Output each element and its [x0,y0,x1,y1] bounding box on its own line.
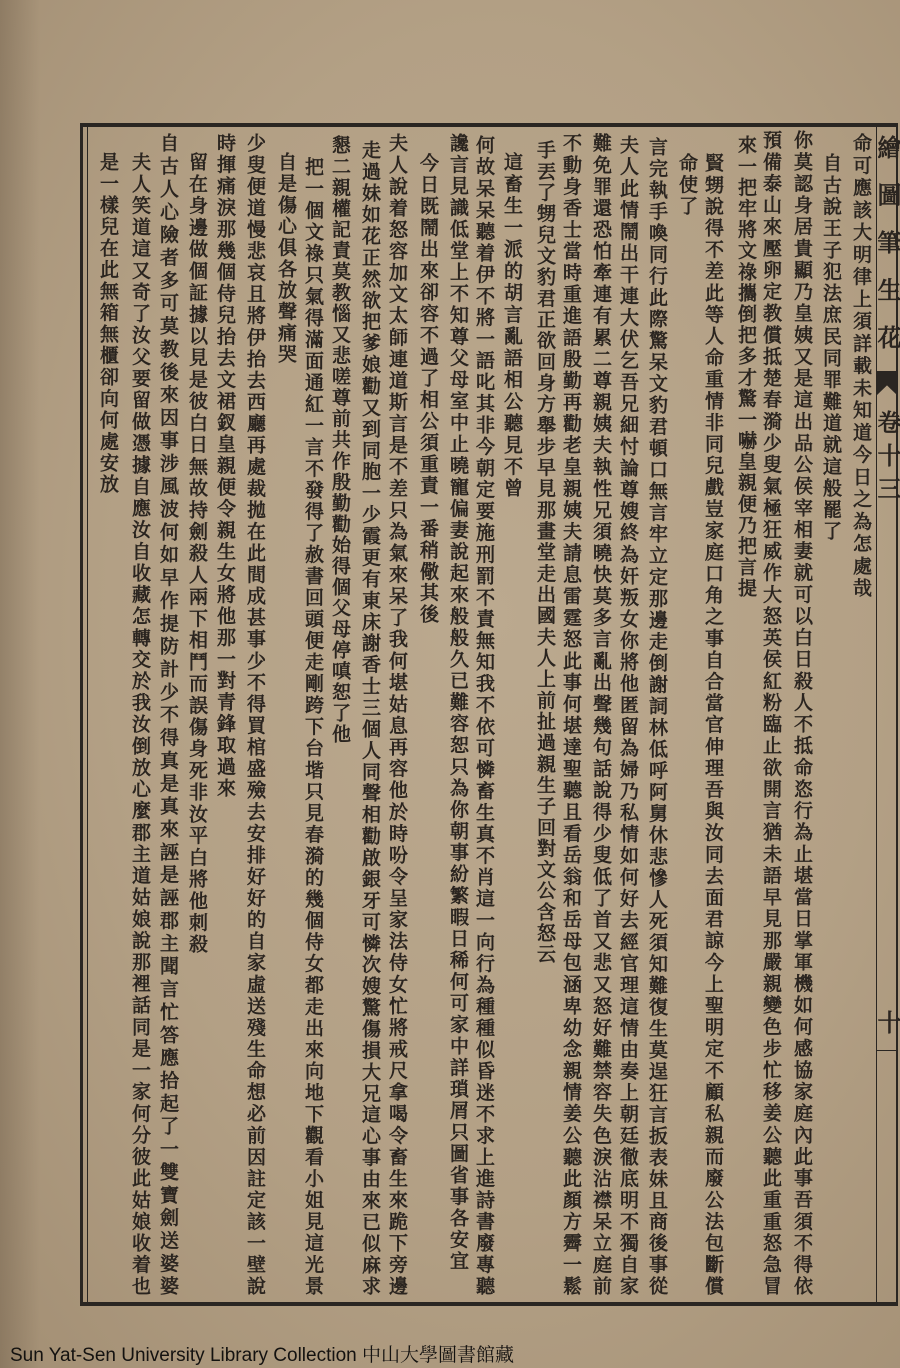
book-page: 繪圖筆生花 卷十三 十 命可應該大明律上須詳載未知道今日之為怎處哉 自古說王子犯… [0,0,900,1368]
running-title: 繪圖筆生花 [876,135,898,349]
text-column: 手丟了甥兒文豹君正欲回身方舉步早見那畫堂走出國夫人上前扯過親生子回對文公含怒云 [534,140,556,963]
collection-credit: Sun Yat-Sen University Library Collectio… [10,1340,514,1367]
text-column: 難免罪還恐怕牽連有累二尊親姨夫執性兄須曉快莫多言亂出聲幾句話說得少叟低了首又悲又… [590,133,612,1295]
text-column: 言完執手喚同行此際驚呆文豹君頓口無言牢立定那邊走倒謝詞林低呼阿舅休悲慘人死須知難… [646,137,668,1295]
text-column: 夫人此情鬧出干連大伏乞吾兄細忖論尊嫂終為奸叛女你將他匿留為婦乃私情如何好去經官理… [617,135,639,1295]
text-column: 時揮痛淚那幾個侍兒抬去文裙釵皇親便令親生女將他那一對青鋒取過來 [214,133,236,797]
text-column: 預備泰山來壓卵定教償抵楚春漪少叟氣極狂威作大怒英侯紅粉臨止欲開言猶未語早見那嚴親… [760,130,782,1295]
text-column: 夫人說着怒容加文太師連道斯言是不差只為氣來呆了我何堪姑息再容他於時吩令呈家法侍女… [386,133,408,1295]
text-column: 何故呆呆聽着伊不將一語叱其非今朝定要施刑罰不責無知我不依可憐畜生真不肖這一向行為… [473,135,495,1295]
text-column: 懇二親權記責莫教惱又悲嗟尊前共作殷勤勸始得個父母停嗔恕了他 [329,135,351,743]
header-page-rule [877,1050,897,1051]
border-top [80,123,898,127]
text-column: 讒言見識低堂上不知尊父母室中止曉寵偏妻說起來般般久已難容恕只為你朝事紛繁暇日稀何… [447,133,469,1270]
text-column: 你莫認身居貴顯乃皇姨又是這出品公侯宰相妻就可以白日殺人不抵命恣行為止堪當日掌軍機… [791,130,813,1295]
fishtail-mark [877,371,897,395]
border-left-outer [80,123,83,1306]
border-bottom [80,1302,898,1306]
text-column: 賢甥說得不差此等人命重情非同兒戲豈家庭口角之事自合當官伸理吾與汝同去面君諒今上聖… [702,153,724,1295]
text-column: 自古說王子犯法庶民同罪難道就這般罷了 [820,153,842,540]
text-column: 自是傷心俱各放聲痛哭 [275,152,297,363]
text-column: 把一個文祿只氣得滿面通紅一言不發得了赦書回頭便走剛跨下台堦只見春漪的幾個侍女都走… [302,157,324,1295]
text-column: 走過妹如花正然欲把爹娘勸又到同胞一少霞更有東床謝香士三個人同聲相勸啟銀牙可憐次嫂… [359,140,381,1295]
text-column: 命可應該大明律上須詳載未知道今日之為怎處哉 [850,133,872,597]
text-column: 留在身邊做個証據以見是彼白日無故持劍殺人兩下相鬥而誤傷身死非汝平白將他刺殺 [186,152,208,953]
page-number: 十 [876,1010,898,1036]
text-column: 今日既鬧出來卻容不過了相公須重責一番稍儆其後 [417,153,439,623]
text-column: 來一把牢將文祿攜倒把多才驚一嚇皇親便乃把言提 [735,135,757,597]
text-column: 命使了 [676,153,698,215]
text-column: 是一樣兒在此無箱無櫃卻向何處安放 [97,152,119,493]
page-edge-shadow [0,0,40,1368]
text-column: 這畜生一派的胡言亂語相公聽見不曾 [501,152,523,497]
text-column: 自古人心險者多可莫教後來因事涉風波何如早作提防計少不得真是真來誣是誣郡主聞言忙答… [157,133,179,1295]
text-column: 不動身香士當時重進語殷勤再勸老皇親姨夫請息雷霆怒此事何堪達聖聽且看岳翁和岳母包涵… [560,133,582,1295]
text-column: 少叟便道慢悲哀且將伊抬去西廳再處裁拋在此間成甚事少不得買棺盛殮去安排好好的自家虛… [244,133,266,1295]
text-column: 夫人笑道這又奇了汝父要留做憑據自應汝自收藏怎轉交於我汝倒放心麼郡主道姑娘說那裡話… [129,152,151,1295]
border-left-inner [87,123,88,1306]
volume-label: 卷十三 [876,410,898,500]
